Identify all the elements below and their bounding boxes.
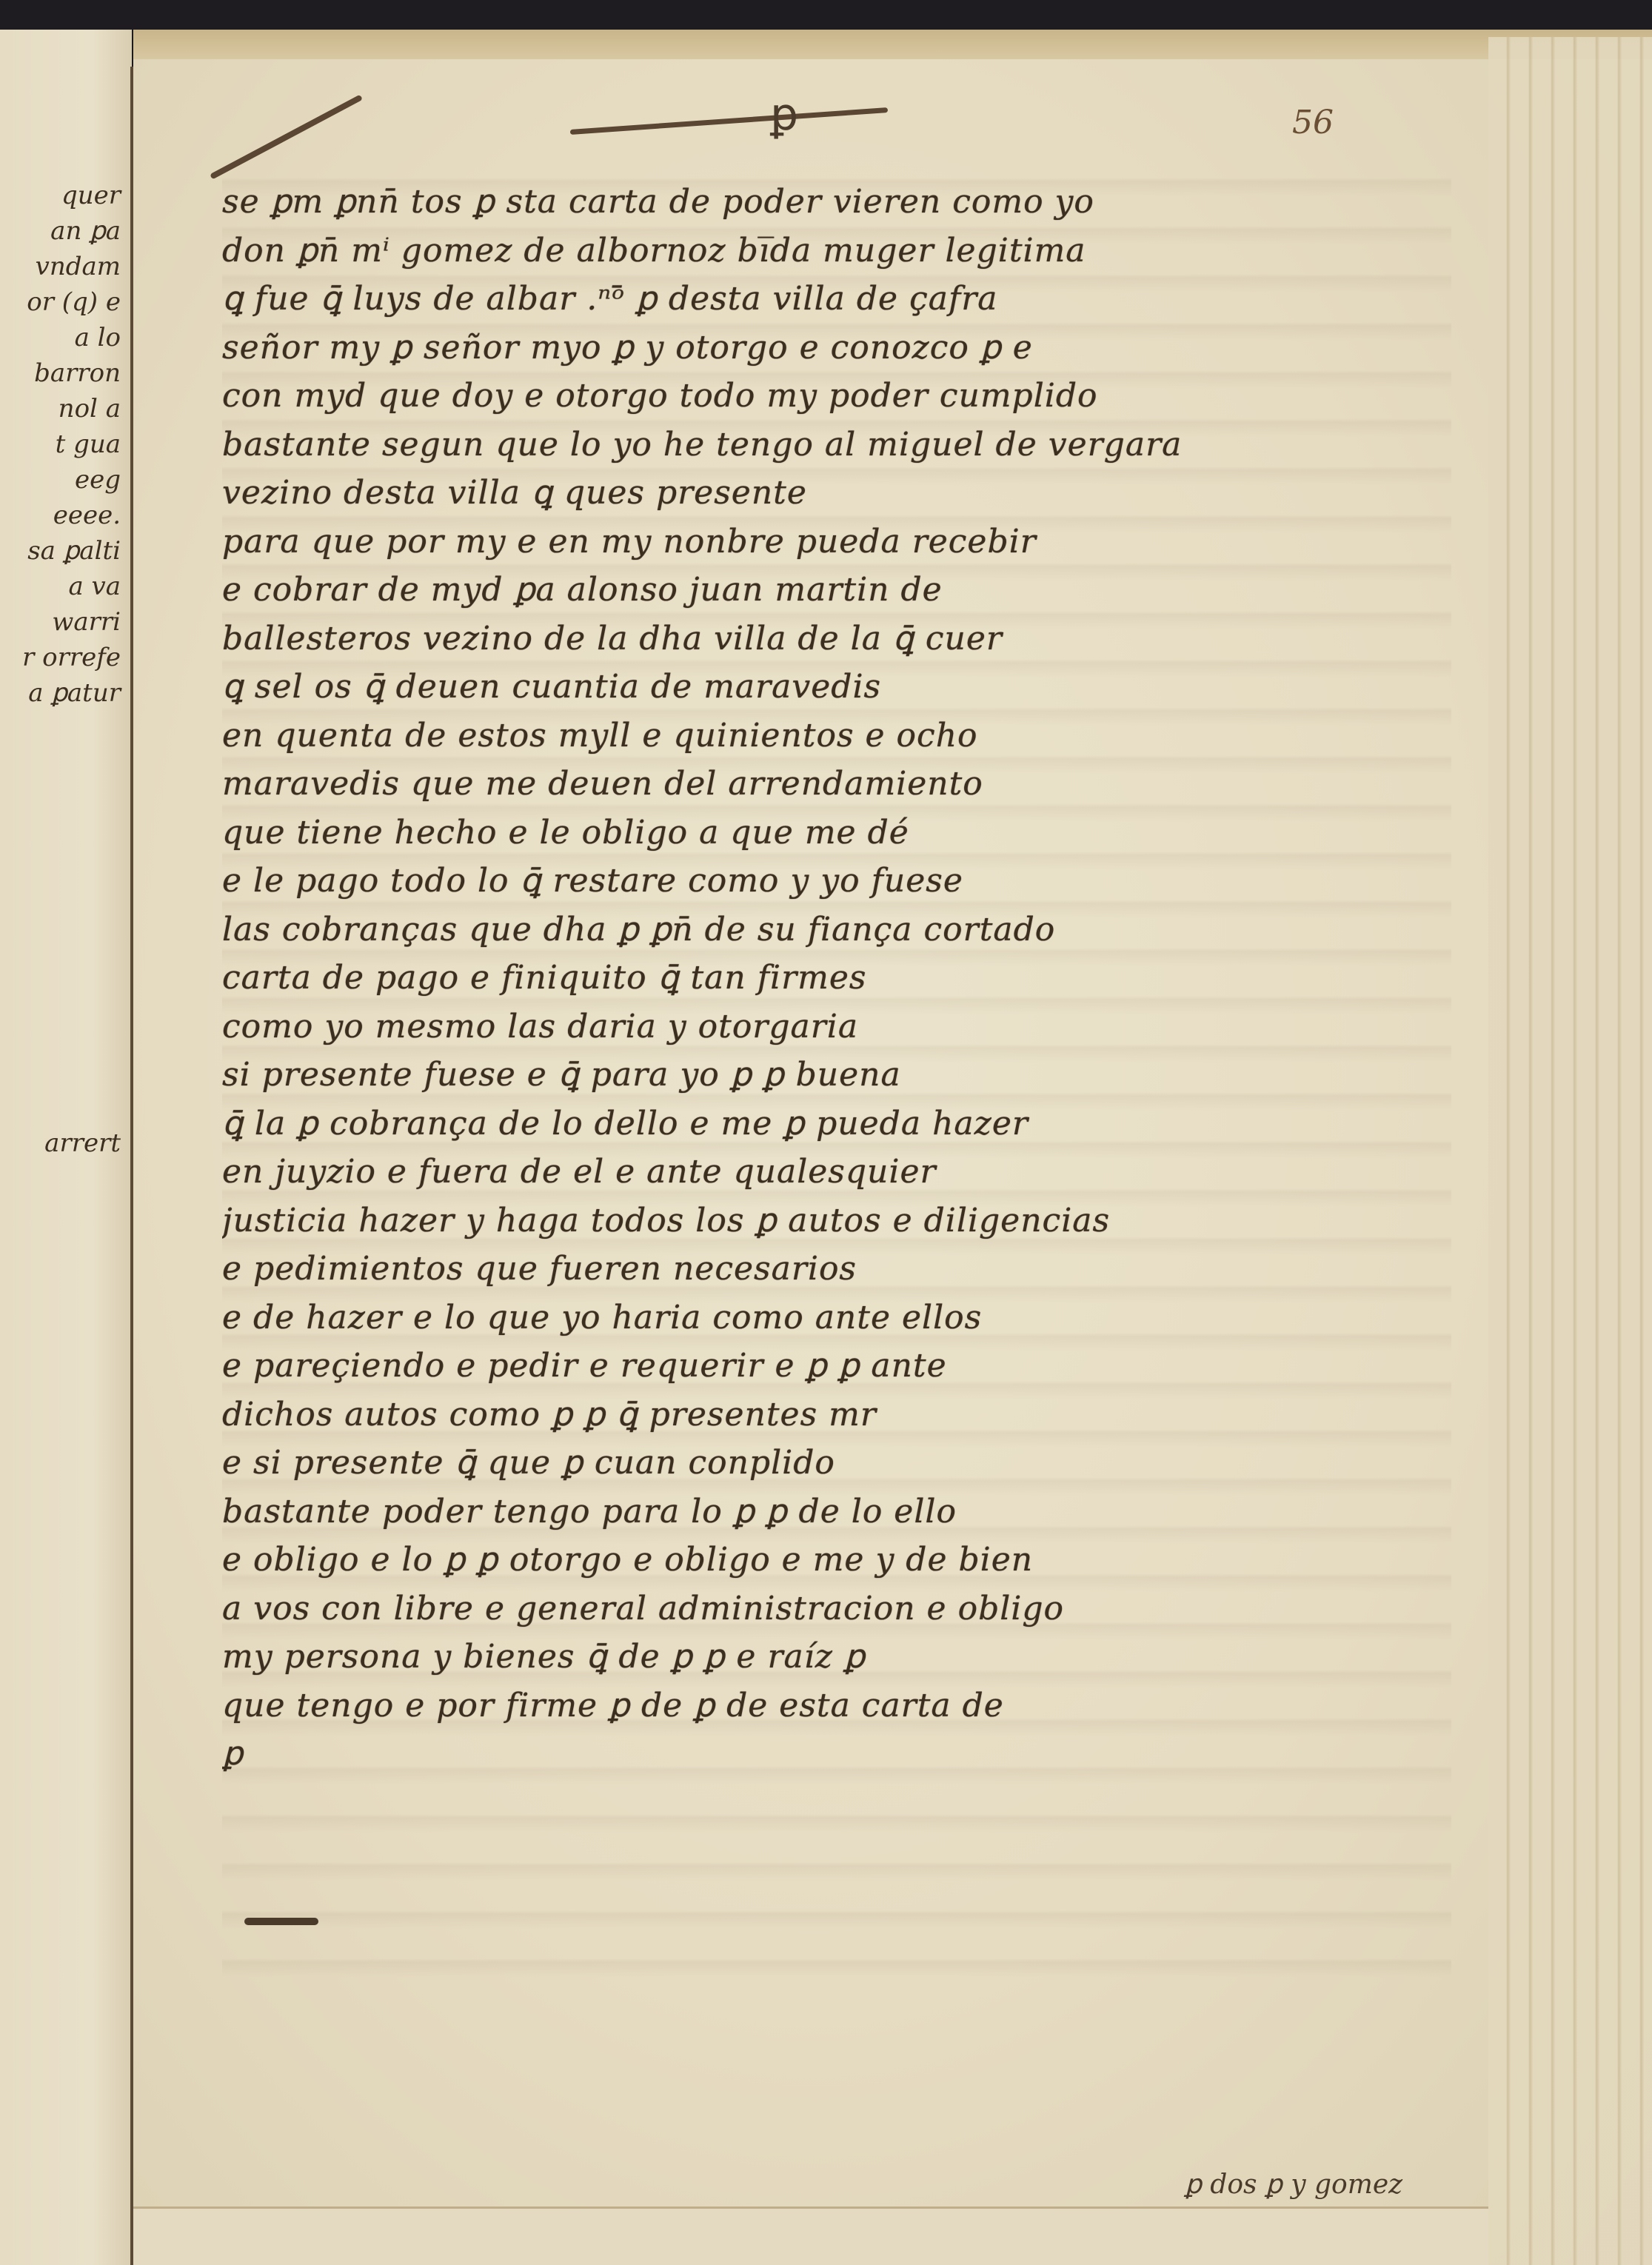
margin-fragment: a ꝑatur bbox=[0, 675, 130, 711]
text-line: ballesteros vezino de la dha villa de la… bbox=[222, 615, 1451, 663]
margin-fragment: an ꝑa bbox=[0, 213, 130, 249]
text-line: si presente fuese e ꝗ̄ para yo ꝑ ꝑ buena bbox=[222, 1051, 1451, 1100]
margin-fragment: or (q) e bbox=[0, 284, 130, 320]
text-line: para que por my e en my nonbre pueda rec… bbox=[222, 518, 1451, 566]
text-line: justicia hazer y haga todos los ꝑ autos … bbox=[222, 1197, 1451, 1245]
text-line: my persona y bienes ꝗ̄ de ꝑ ꝑ e raíz ꝑ bbox=[222, 1633, 1451, 1682]
bottom-fragment: ꝑ dos ꝑ y gomez bbox=[1185, 2169, 1402, 2200]
text-line: ꝗ fue ꝗ̄ luys de albar .ⁿᵒ̄ ꝑ desta vill… bbox=[222, 275, 1451, 324]
text-line: que tengo e por firme ꝑ de ꝑ de esta car… bbox=[222, 1682, 1451, 1730]
margin-fragment: eeee. bbox=[0, 498, 130, 533]
text-line: bastante poder tengo para lo ꝑ ꝑ de lo e… bbox=[222, 1488, 1451, 1536]
margin-fragment: t gua bbox=[0, 426, 130, 462]
margin-fragment: quer bbox=[0, 178, 130, 213]
margin-fragment: a va bbox=[0, 569, 130, 604]
text-line: carta de pago e finiquito ꝗ̄ tan firmes bbox=[222, 954, 1451, 1003]
margin-fragment: eeg bbox=[0, 462, 130, 498]
text-line: como yo mesmo las daria y otorgaria bbox=[222, 1003, 1451, 1051]
left-page-margin-text: quer an ꝑa vndam or (q) e a lo barron no… bbox=[0, 178, 130, 1161]
page-top-edge bbox=[133, 30, 1652, 59]
text-line: ꝗ sel os ꝗ̄ deuen cuantia de maravedis bbox=[222, 663, 1451, 712]
margin-fragment: nol a bbox=[0, 391, 130, 426]
text-line: a vos con libre e general administracion… bbox=[222, 1585, 1451, 1633]
text-line: e le pago todo lo ꝗ̄ restare como y yo f… bbox=[222, 857, 1451, 906]
header-mark: ꝑ bbox=[770, 89, 798, 141]
torn-bottom-edge bbox=[133, 2207, 1488, 2265]
text-line: vezino desta villa ꝗ ques presente bbox=[222, 469, 1451, 518]
margin-gap bbox=[0, 711, 130, 1125]
text-line: e pedimientos que fueren necesarios bbox=[222, 1245, 1451, 1294]
margin-fragment: a lo bbox=[0, 320, 130, 355]
closing-flourish bbox=[244, 1918, 318, 1925]
text-line: e si presente ꝗ̄ que ꝑ cuan conplido bbox=[222, 1439, 1451, 1488]
text-line: e de hazer e lo que yo haria como ante e… bbox=[222, 1294, 1451, 1342]
text-line: en quenta de estos myll e quinientos e o… bbox=[222, 712, 1451, 760]
text-line: señor my ꝑ señor myo ꝑ y otorgo e conozc… bbox=[222, 324, 1451, 372]
text-line: dichos autos como ꝑ ꝑ ꝗ̄ presentes mr bbox=[222, 1391, 1451, 1439]
text-line: se ꝑm ꝑnn̄ tos ꝑ sta carta de poder vier… bbox=[222, 178, 1451, 227]
text-line: e obligo e lo ꝑ ꝑ otorgo e obligo e me y… bbox=[222, 1536, 1451, 1585]
manuscript-body: se ꝑm ꝑnn̄ tos ꝑ sta carta de poder vier… bbox=[222, 178, 1451, 1779]
text-line: con myd que doy e otorgo todo my poder c… bbox=[222, 372, 1451, 421]
text-line: bastante segun que lo yo he tengo al mig… bbox=[222, 421, 1451, 469]
manuscript-scan: quer an ꝑa vndam or (q) e a lo barron no… bbox=[0, 0, 1652, 2265]
text-line: ꝗ̄ la ꝑ cobrança de lo dello e me ꝑ pued… bbox=[222, 1100, 1451, 1148]
margin-fragment: barron bbox=[0, 355, 130, 391]
text-line: e cobrar de myd ꝑa alonso juan martin de bbox=[222, 566, 1451, 615]
margin-fragment: arrert bbox=[0, 1125, 130, 1161]
text-line: maravedis que me deuen del arrendamiento bbox=[222, 760, 1451, 809]
page-stack-edges bbox=[1488, 37, 1652, 2265]
text-line: e pareçiendo e pedir e requerir e ꝑ ꝑ an… bbox=[222, 1342, 1451, 1391]
text-line: ꝑ bbox=[222, 1730, 1451, 1779]
text-line: don ꝑn̄ mⁱ gomez de albornoz bi̅da muger… bbox=[222, 227, 1451, 275]
margin-fragment: r orrefe bbox=[0, 640, 130, 675]
text-line: en juyzio e fuera de el e ante qualesqui… bbox=[222, 1148, 1451, 1197]
margin-fragment: sa ꝑalti bbox=[0, 533, 130, 569]
folio-number: 56 bbox=[1292, 104, 1334, 141]
text-line: las cobranças que dha ꝑ ꝑn̄ de su fiança… bbox=[222, 906, 1451, 954]
margin-fragment: warri bbox=[0, 604, 130, 640]
margin-fragment: vndam bbox=[0, 249, 130, 284]
text-line: que tiene hecho e le obligo a que me dé bbox=[222, 809, 1451, 857]
